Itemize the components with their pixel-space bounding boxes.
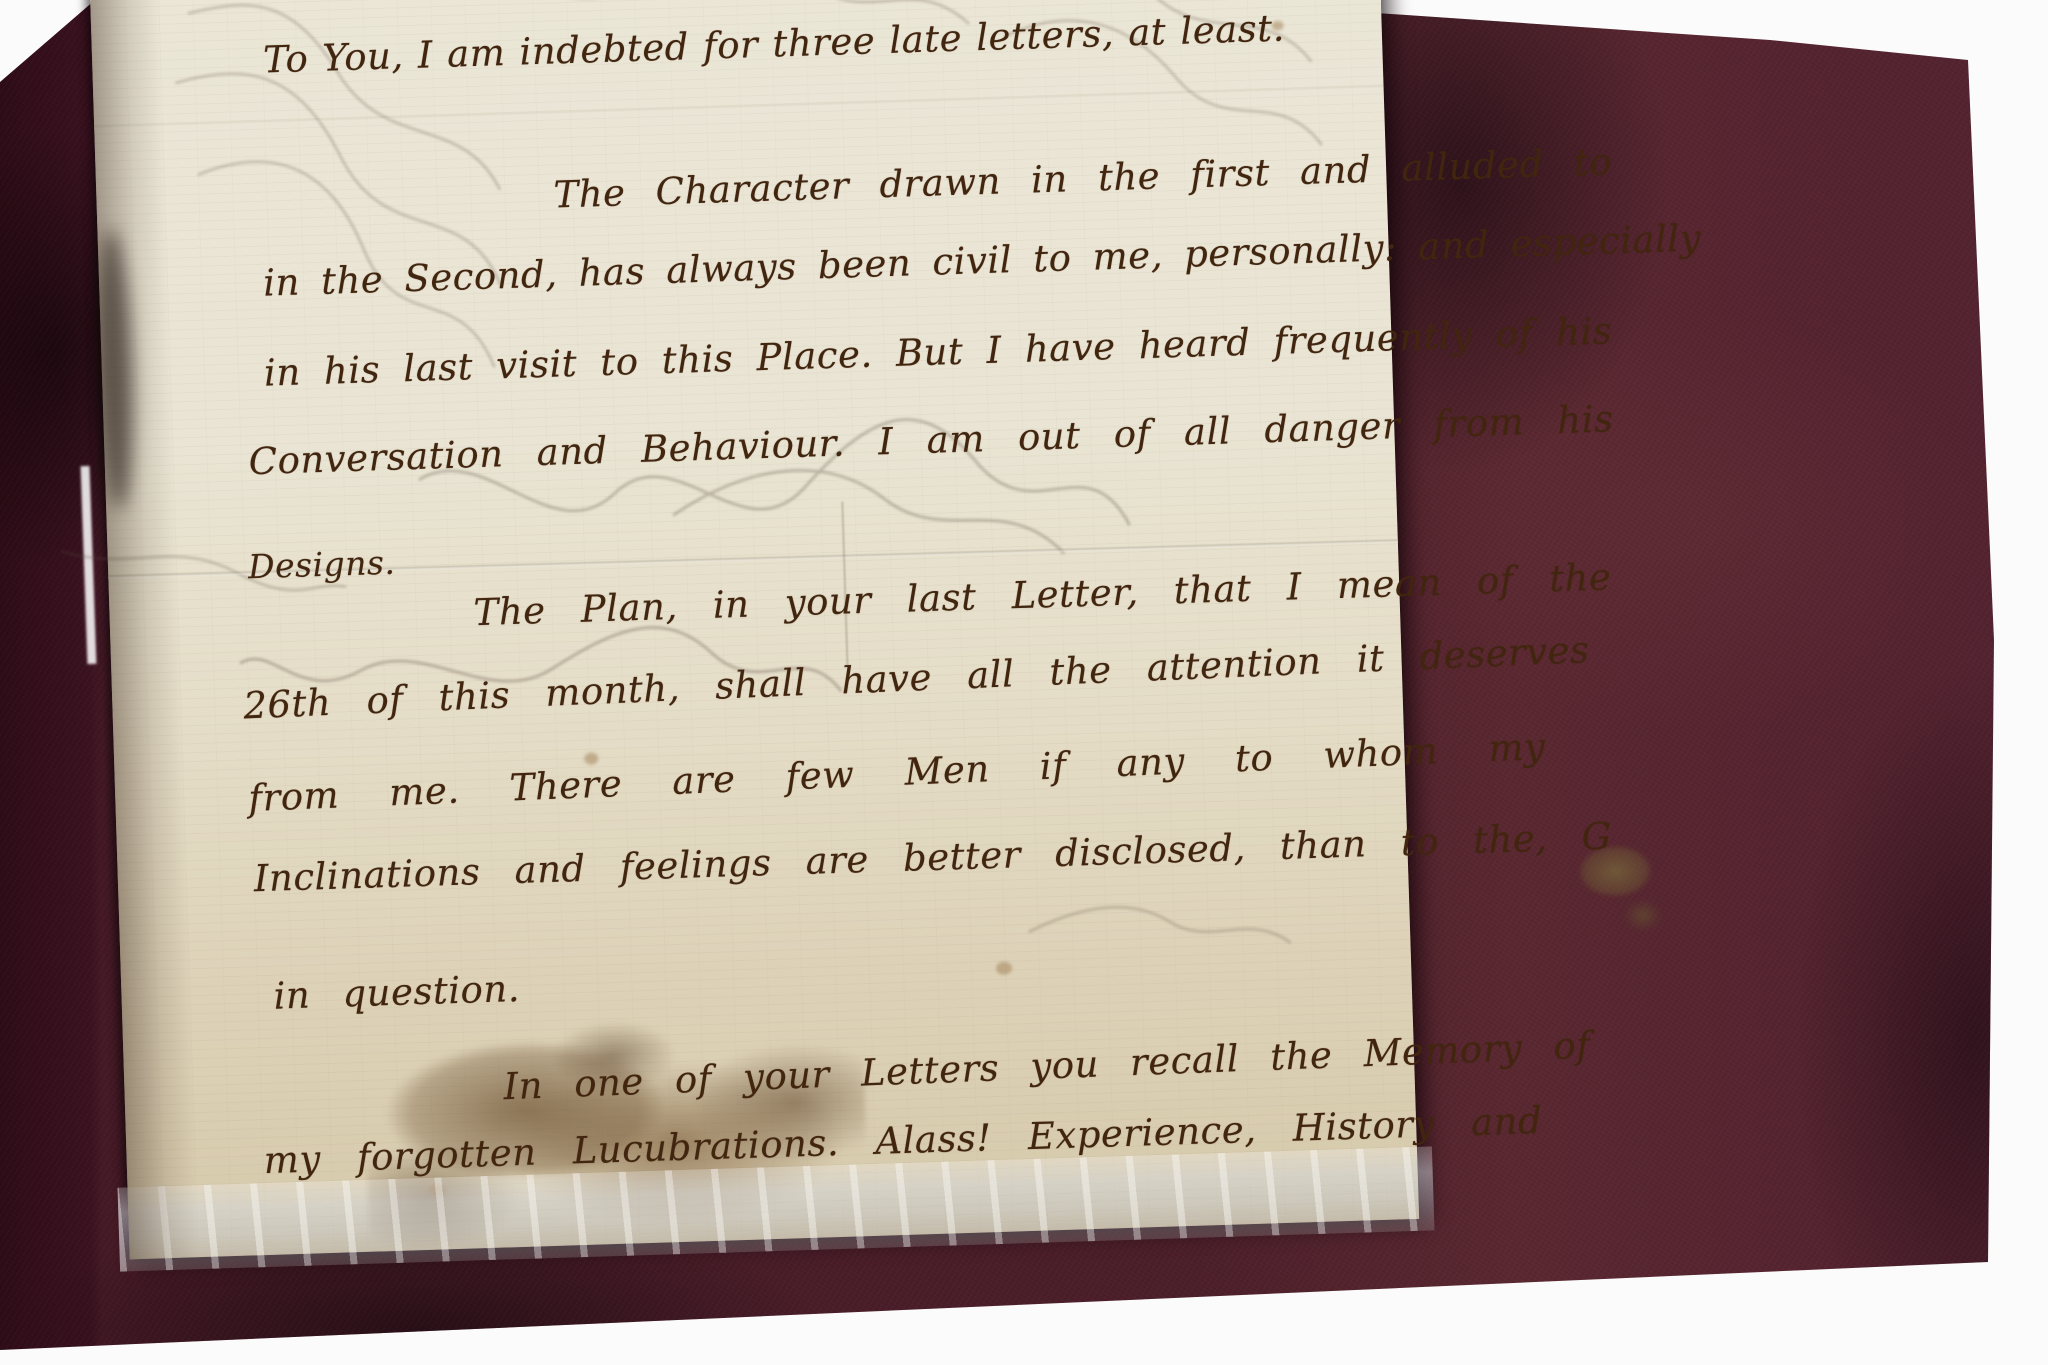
handwritten-line: in question. xyxy=(273,967,521,1018)
bleed-through-marks xyxy=(1020,886,1300,967)
letter-paper: To You, I am indebted for three late let… xyxy=(88,0,1419,1259)
handwritten-line: Designs. xyxy=(247,543,395,587)
photograph: To You, I am indebted for three late let… xyxy=(0,0,2048,1365)
